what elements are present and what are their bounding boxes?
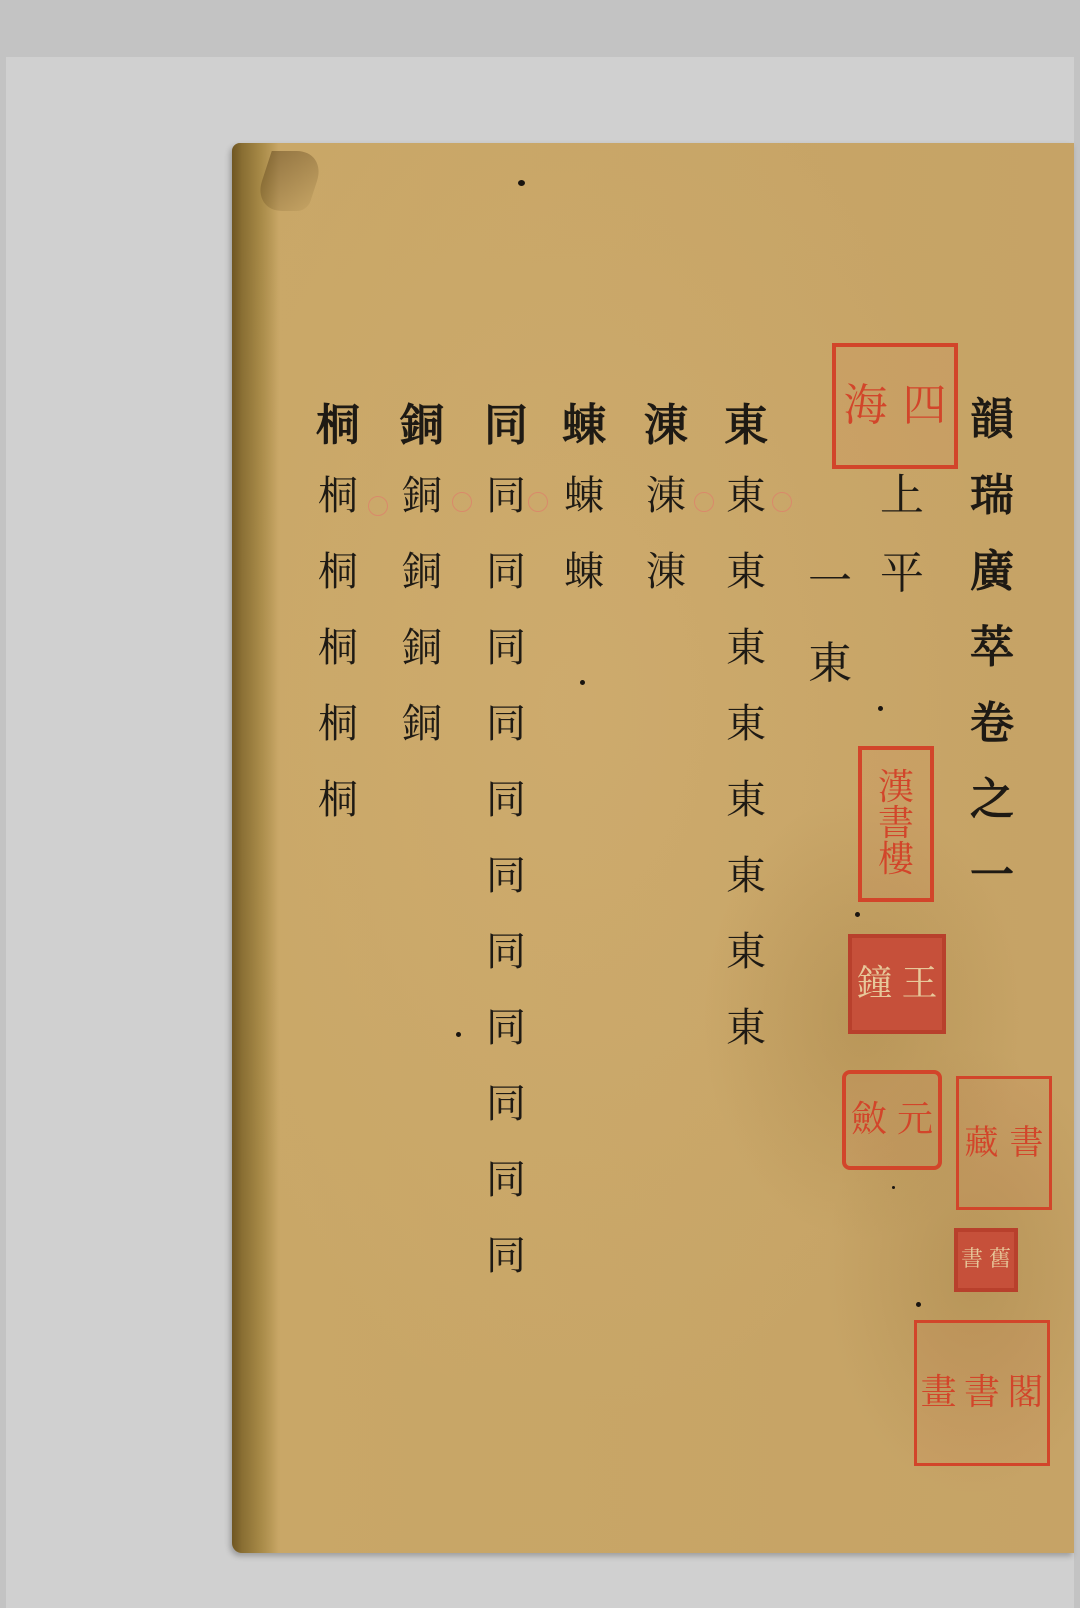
paper-speck — [456, 1032, 461, 1037]
variant-char: 東 — [726, 780, 766, 820]
title-char: 韻 — [970, 398, 1014, 444]
circle-mark — [772, 492, 792, 512]
variant-char: 同 — [486, 1236, 526, 1276]
circle-mark — [368, 496, 388, 516]
seal-char: 閣 — [1007, 1375, 1043, 1411]
entry-tong-copper: 銅 銅 銅 銅 銅 — [400, 404, 444, 780]
seal-char: 樓 — [878, 842, 914, 878]
seal-char: 書 — [1010, 1126, 1044, 1160]
spine-fold — [232, 143, 278, 1553]
seal-char: 斂 — [851, 1102, 887, 1138]
variant-char: 同 — [486, 704, 526, 744]
entry-dong-insect: 蝀 蝀 蝀 — [562, 404, 606, 628]
paper-speck — [580, 680, 585, 685]
variant-char: 銅 — [402, 552, 442, 592]
paper-speck — [916, 1302, 921, 1307]
rhyme-char: 一 — [808, 560, 852, 604]
seal-char: 王 — [901, 966, 937, 1002]
tone-section-label: 上 平 — [880, 474, 924, 596]
variant-char: 桐 — [318, 780, 358, 820]
variant-char: 銅 — [402, 704, 442, 744]
paper-speck — [855, 912, 860, 917]
variant-char: 同 — [486, 1084, 526, 1124]
circle-mark — [528, 492, 548, 512]
entry-dong-water: 涷 涷 涷 — [644, 404, 688, 628]
section-char: 平 — [880, 552, 924, 596]
rhyme-heading: 一 東 — [808, 560, 852, 686]
entry-tong-tree: 桐 桐 桐 桐 桐 桐 — [316, 404, 360, 856]
seal-char: 舊 — [989, 1249, 1011, 1271]
paper-speck — [878, 706, 883, 711]
variant-char: 銅 — [402, 476, 442, 516]
rhyme-char: 東 — [808, 642, 852, 686]
book-title: 韻 瑞 廣 萃 卷 之 一 — [970, 398, 1014, 900]
seal-char: 元 — [897, 1102, 933, 1138]
variant-char: 東 — [726, 932, 766, 972]
circle-mark — [694, 492, 714, 512]
variant-char: 同 — [486, 780, 526, 820]
collector-seal-4: 斂 元 — [842, 1070, 942, 1170]
variant-char: 同 — [486, 476, 526, 516]
entry-head-char: 同 — [484, 404, 528, 448]
variant-char: 同 — [486, 552, 526, 592]
variant-char: 同 — [486, 628, 526, 668]
title-char: 萃 — [970, 626, 1014, 672]
seal-char: 漢 — [878, 770, 914, 806]
seal-char: 鐘 — [856, 966, 892, 1002]
variant-char: 桐 — [318, 552, 358, 592]
seal-char: 書 — [961, 1249, 983, 1271]
collector-seal-6: 書 舊 — [954, 1228, 1018, 1292]
title-char: 卷 — [970, 702, 1014, 748]
entry-head-char: 東 — [724, 404, 768, 448]
seal-char: 海 — [844, 384, 888, 428]
paper-speck — [892, 1186, 895, 1189]
entry-head-char: 桐 — [316, 404, 360, 448]
variant-char: 東 — [726, 628, 766, 668]
variant-char: 同 — [486, 932, 526, 972]
title-char: 之 — [970, 778, 1014, 824]
seal-char: 書 — [964, 1375, 1000, 1411]
variant-char: 蝀 — [564, 476, 604, 516]
collector-seal-3: 鐘 王 — [848, 934, 946, 1034]
section-char: 上 — [880, 474, 924, 518]
variant-char: 同 — [486, 1160, 526, 1200]
seal-char: 畫 — [921, 1375, 957, 1411]
variant-char: 桐 — [318, 476, 358, 516]
variant-char: 桐 — [318, 704, 358, 744]
entry-dong: 東 東 東 東 東 東 東 東 東 — [724, 404, 768, 1084]
variant-char: 涷 — [646, 476, 686, 516]
collector-seal-5: 藏 書 — [956, 1076, 1052, 1210]
entry-head-char: 銅 — [400, 404, 444, 448]
title-char: 瑞 — [970, 474, 1014, 520]
variant-char: 東 — [726, 476, 766, 516]
entry-head-char: 蝀 — [562, 404, 606, 448]
collector-seal-1: 海 四 — [832, 343, 958, 469]
title-char: 一 — [970, 854, 1014, 900]
title-char: 廣 — [970, 550, 1014, 596]
collector-seal-2: 漢 書 樓 — [858, 746, 934, 902]
variant-char: 蝀 — [564, 552, 604, 592]
seal-char: 書 — [878, 806, 914, 842]
circle-mark — [452, 492, 472, 512]
seal-char: 四 — [903, 384, 947, 428]
variant-char: 同 — [486, 1008, 526, 1048]
variant-char: 涷 — [646, 552, 686, 592]
collector-seal-7: 畫 書 閣 — [914, 1320, 1050, 1466]
variant-char: 東 — [726, 552, 766, 592]
variant-char: 東 — [726, 1008, 766, 1048]
variant-char: 東 — [726, 856, 766, 896]
variant-char: 同 — [486, 856, 526, 896]
variant-char: 東 — [726, 704, 766, 744]
variant-char: 銅 — [402, 628, 442, 668]
seal-char: 藏 — [965, 1126, 999, 1160]
variant-char: 桐 — [318, 628, 358, 668]
paper-speck — [518, 180, 525, 186]
entry-tong: 同 同 同 同 同 同 同 同 同 同 同 同 — [484, 404, 528, 1312]
entry-head-char: 涷 — [644, 404, 688, 448]
